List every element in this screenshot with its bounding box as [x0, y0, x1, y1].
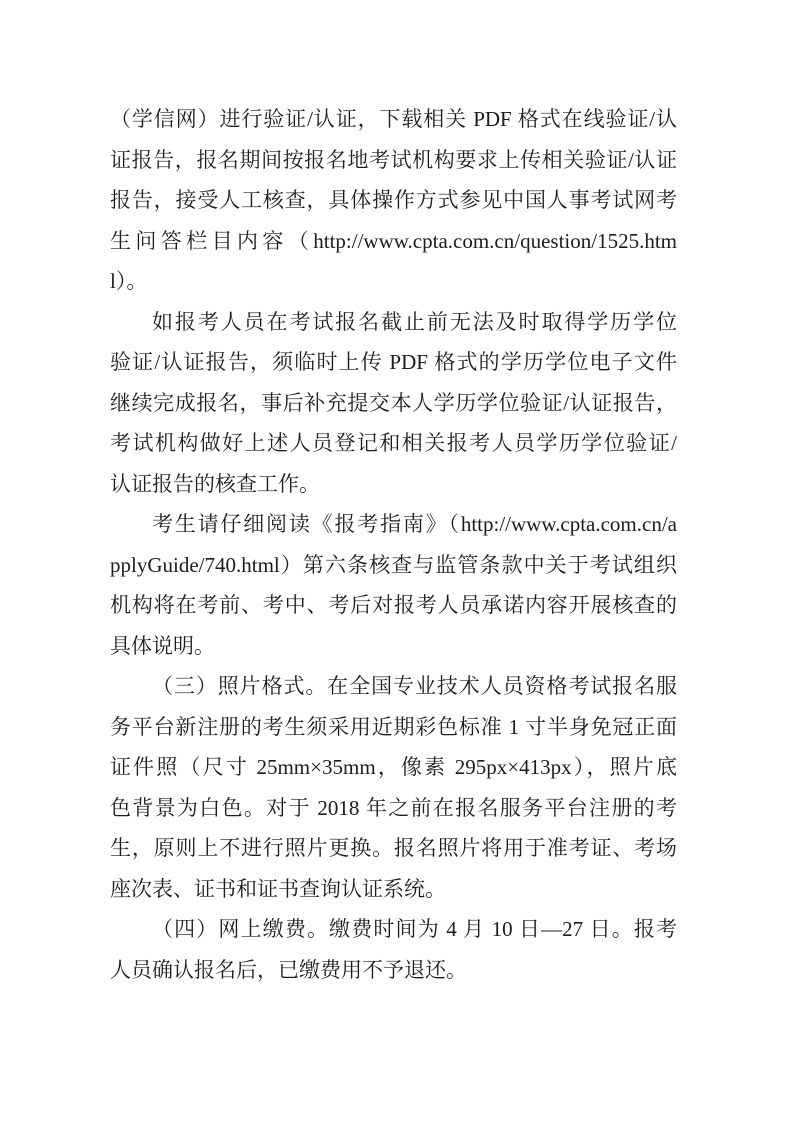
text-line: 人员确认报名后，已缴费用不予退还。	[110, 950, 677, 991]
paragraph-3: 考生请仔细阅读《报考指南》（http://www.cpta.com.cn/a p…	[110, 504, 677, 666]
text-line: 认证报告的核查工作。	[110, 464, 677, 505]
text-block: （学信网）进行验证/认证，下载相关 PDF 格式在线验证/认 证报告，报名期间按…	[110, 99, 677, 990]
text-line: 生问答栏目内容（http://www.cpta.com.cn/question/…	[110, 221, 677, 262]
text-line: 证件照（尺寸 25mm×35mm，像素 295px×413px），照片底	[110, 747, 677, 788]
text-line: 具体说明。	[110, 626, 677, 667]
paragraph-4: （三）照片格式。在全国专业技术人员资格考试报名服 务平台新注册的考生须采用近期彩…	[110, 666, 677, 909]
document-page: （学信网）进行验证/认证，下载相关 PDF 格式在线验证/认 证报告，报名期间按…	[0, 0, 794, 1123]
paragraph-1: （学信网）进行验证/认证，下载相关 PDF 格式在线验证/认 证报告，报名期间按…	[110, 99, 677, 302]
text-line: pplyGuide/740.html）第六条核查与监管条款中关于考试组织	[110, 545, 677, 586]
paragraph-5: （四）网上缴费。缴费时间为 4 月 10 日—27 日。报考 人员确认报名后，已…	[110, 909, 677, 990]
text-line: 机构将在考前、考中、考后对报考人员承诺内容开展核查的	[110, 585, 677, 626]
text-line: 继续完成报名，事后补充提交本人学历学位验证/认证报告，	[110, 383, 677, 424]
text-line: 如报考人员在考试报名截止前无法及时取得学历学位	[110, 302, 677, 343]
text-line: 务平台新注册的考生须采用近期彩色标准 1 寸半身免冠正面	[110, 707, 677, 748]
text-line: （四）网上缴费。缴费时间为 4 月 10 日—27 日。报考	[110, 909, 677, 950]
text-line: l）。	[110, 261, 677, 302]
text-line: 座次表、证书和证书查询认证系统。	[110, 869, 677, 910]
text-line: （三）照片格式。在全国专业技术人员资格考试报名服	[110, 666, 677, 707]
paragraph-2: 如报考人员在考试报名截止前无法及时取得学历学位 验证/认证报告，须临时上传 PD…	[110, 302, 677, 505]
text-line: 考生请仔细阅读《报考指南》（http://www.cpta.com.cn/a	[110, 504, 677, 545]
text-line: 报告，接受人工核查，具体操作方式参见中国人事考试网考	[110, 180, 677, 221]
text-line: 考试机构做好上述人员登记和相关报考人员学历学位验证/	[110, 423, 677, 464]
text-line: （学信网）进行验证/认证，下载相关 PDF 格式在线验证/认	[110, 99, 677, 140]
text-line: 色背景为白色。对于 2018 年之前在报名服务平台注册的考	[110, 788, 677, 829]
text-line: 证报告，报名期间按报名地考试机构要求上传相关验证/认证	[110, 140, 677, 181]
text-line: 验证/认证报告，须临时上传 PDF 格式的学历学位电子文件	[110, 342, 677, 383]
text-line: 生，原则上不进行照片更换。报名照片将用于准考证、考场	[110, 828, 677, 869]
